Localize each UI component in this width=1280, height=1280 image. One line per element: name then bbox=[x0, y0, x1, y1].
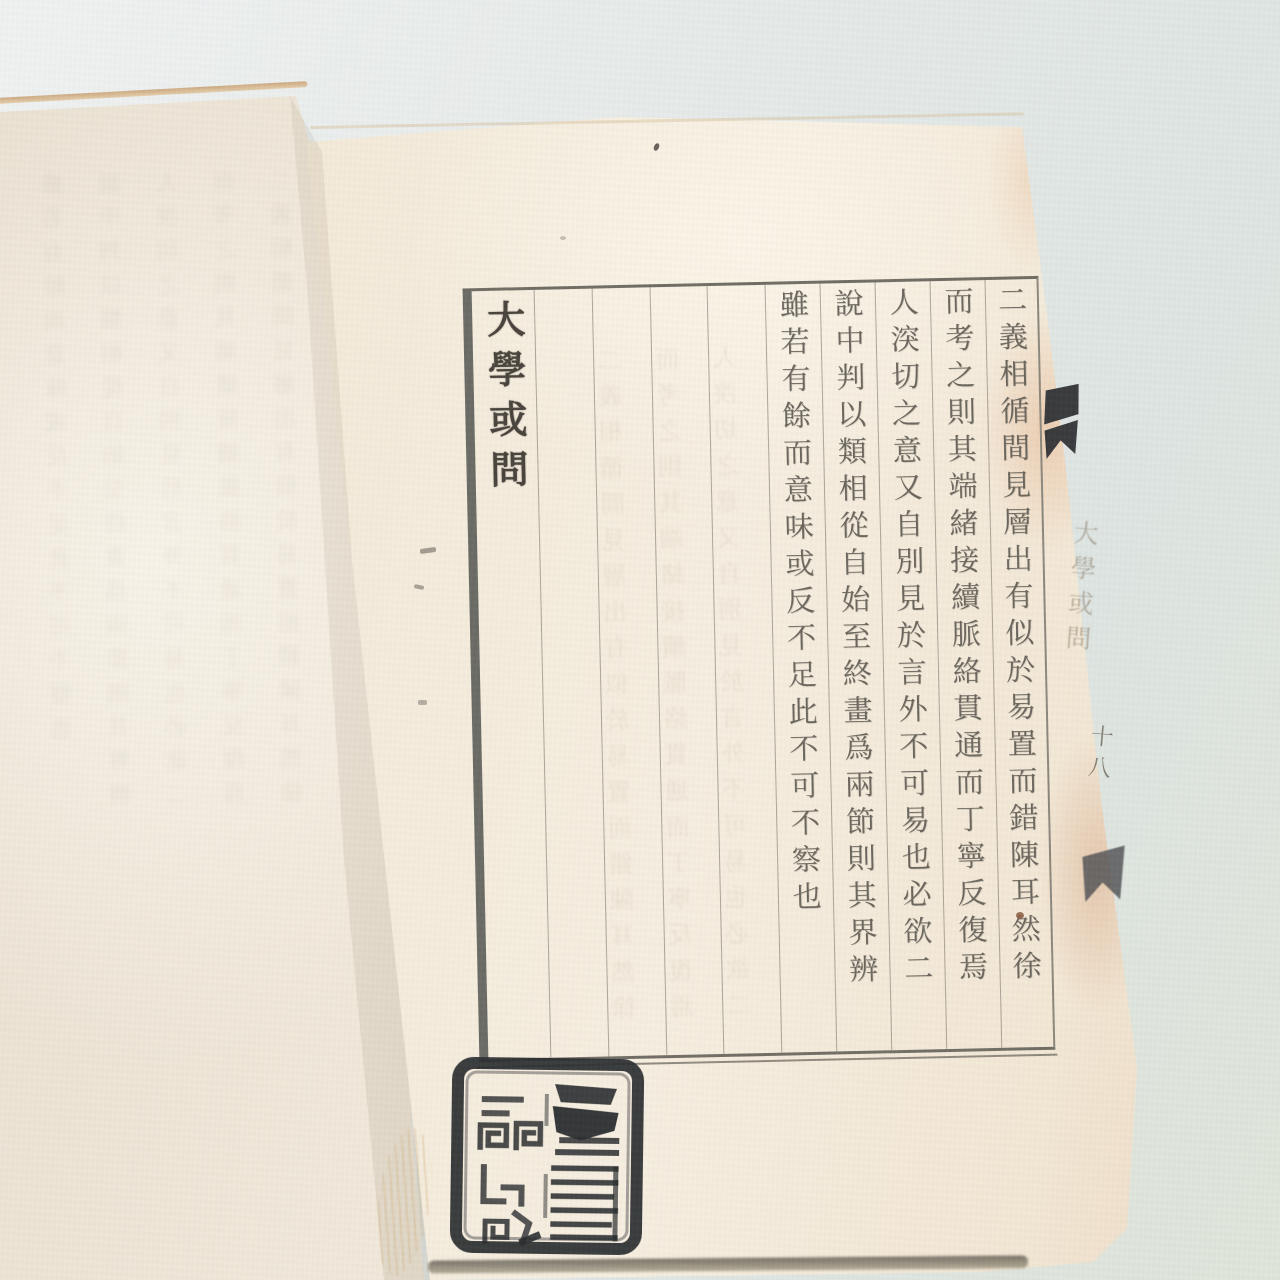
foxing-spot bbox=[1016, 912, 1024, 919]
showthrough-column: 二義相循間見層出有似於易置而錯陳耳然徐 bbox=[266, 168, 317, 1178]
column-text: 而考之則其端緒接續脈絡貫通而丁寧反復焉 bbox=[937, 285, 995, 1049]
showthrough-column: 人湥切之意又自別見於言外不可易也必欲二 bbox=[152, 170, 203, 1180]
collector-seal-stamp bbox=[449, 1055, 648, 1262]
showthrough-column: 而考之則其端緒接續脈絡貫通而丁寧反復焉 bbox=[209, 169, 260, 1179]
ink-speck bbox=[418, 700, 427, 705]
column-text: 人湥切之意又自別見於言外不可易也必欲二 bbox=[882, 286, 940, 1050]
page-title: 大學或問 bbox=[475, 299, 547, 1059]
column-text: 雖若有餘而意味或反不足此不可不察也 bbox=[772, 289, 830, 1053]
photo-of-open-book: 二義相循間見層出有似於易置而錯陳耳然徐 而考之則其端緒接續脈絡貫通而丁寧反復焉 … bbox=[0, 0, 1280, 1280]
left-page-showthrough-text: 二義相循間見層出有似於易置而錯陳耳然徐 而考之則其端緒接續脈絡貫通而丁寧反復焉 … bbox=[37, 168, 317, 1182]
column-text: 說中判以類相從自始至終畫爲兩節則其界辨 bbox=[827, 288, 885, 1052]
spine-page-number: 十八 bbox=[1079, 723, 1117, 788]
printed-text-frame: 大學或問 二義相循間見層出有似於易置而錯陳耳然徐 而考之則其端緒接續脈絡貫通而丁… bbox=[463, 276, 1056, 1062]
ink-speck bbox=[560, 236, 566, 240]
showthrough-column: 雖若有餘而意味或反不足此不可不察也 bbox=[37, 172, 88, 1182]
column-grid: 大學或問 二義相循間見層出有似於易置而錯陳耳然徐 而考之則其端緒接續脈絡貫通而丁… bbox=[472, 279, 1054, 1059]
showthrough-column: 說中判以類相從自始至終畫爲兩節則其界辨 bbox=[94, 171, 145, 1181]
column-text: 二義相循間見層出有似於易置而錯陳耳然徐 bbox=[991, 284, 1049, 1048]
fishtail-mark-upper-icon bbox=[1033, 380, 1082, 474]
